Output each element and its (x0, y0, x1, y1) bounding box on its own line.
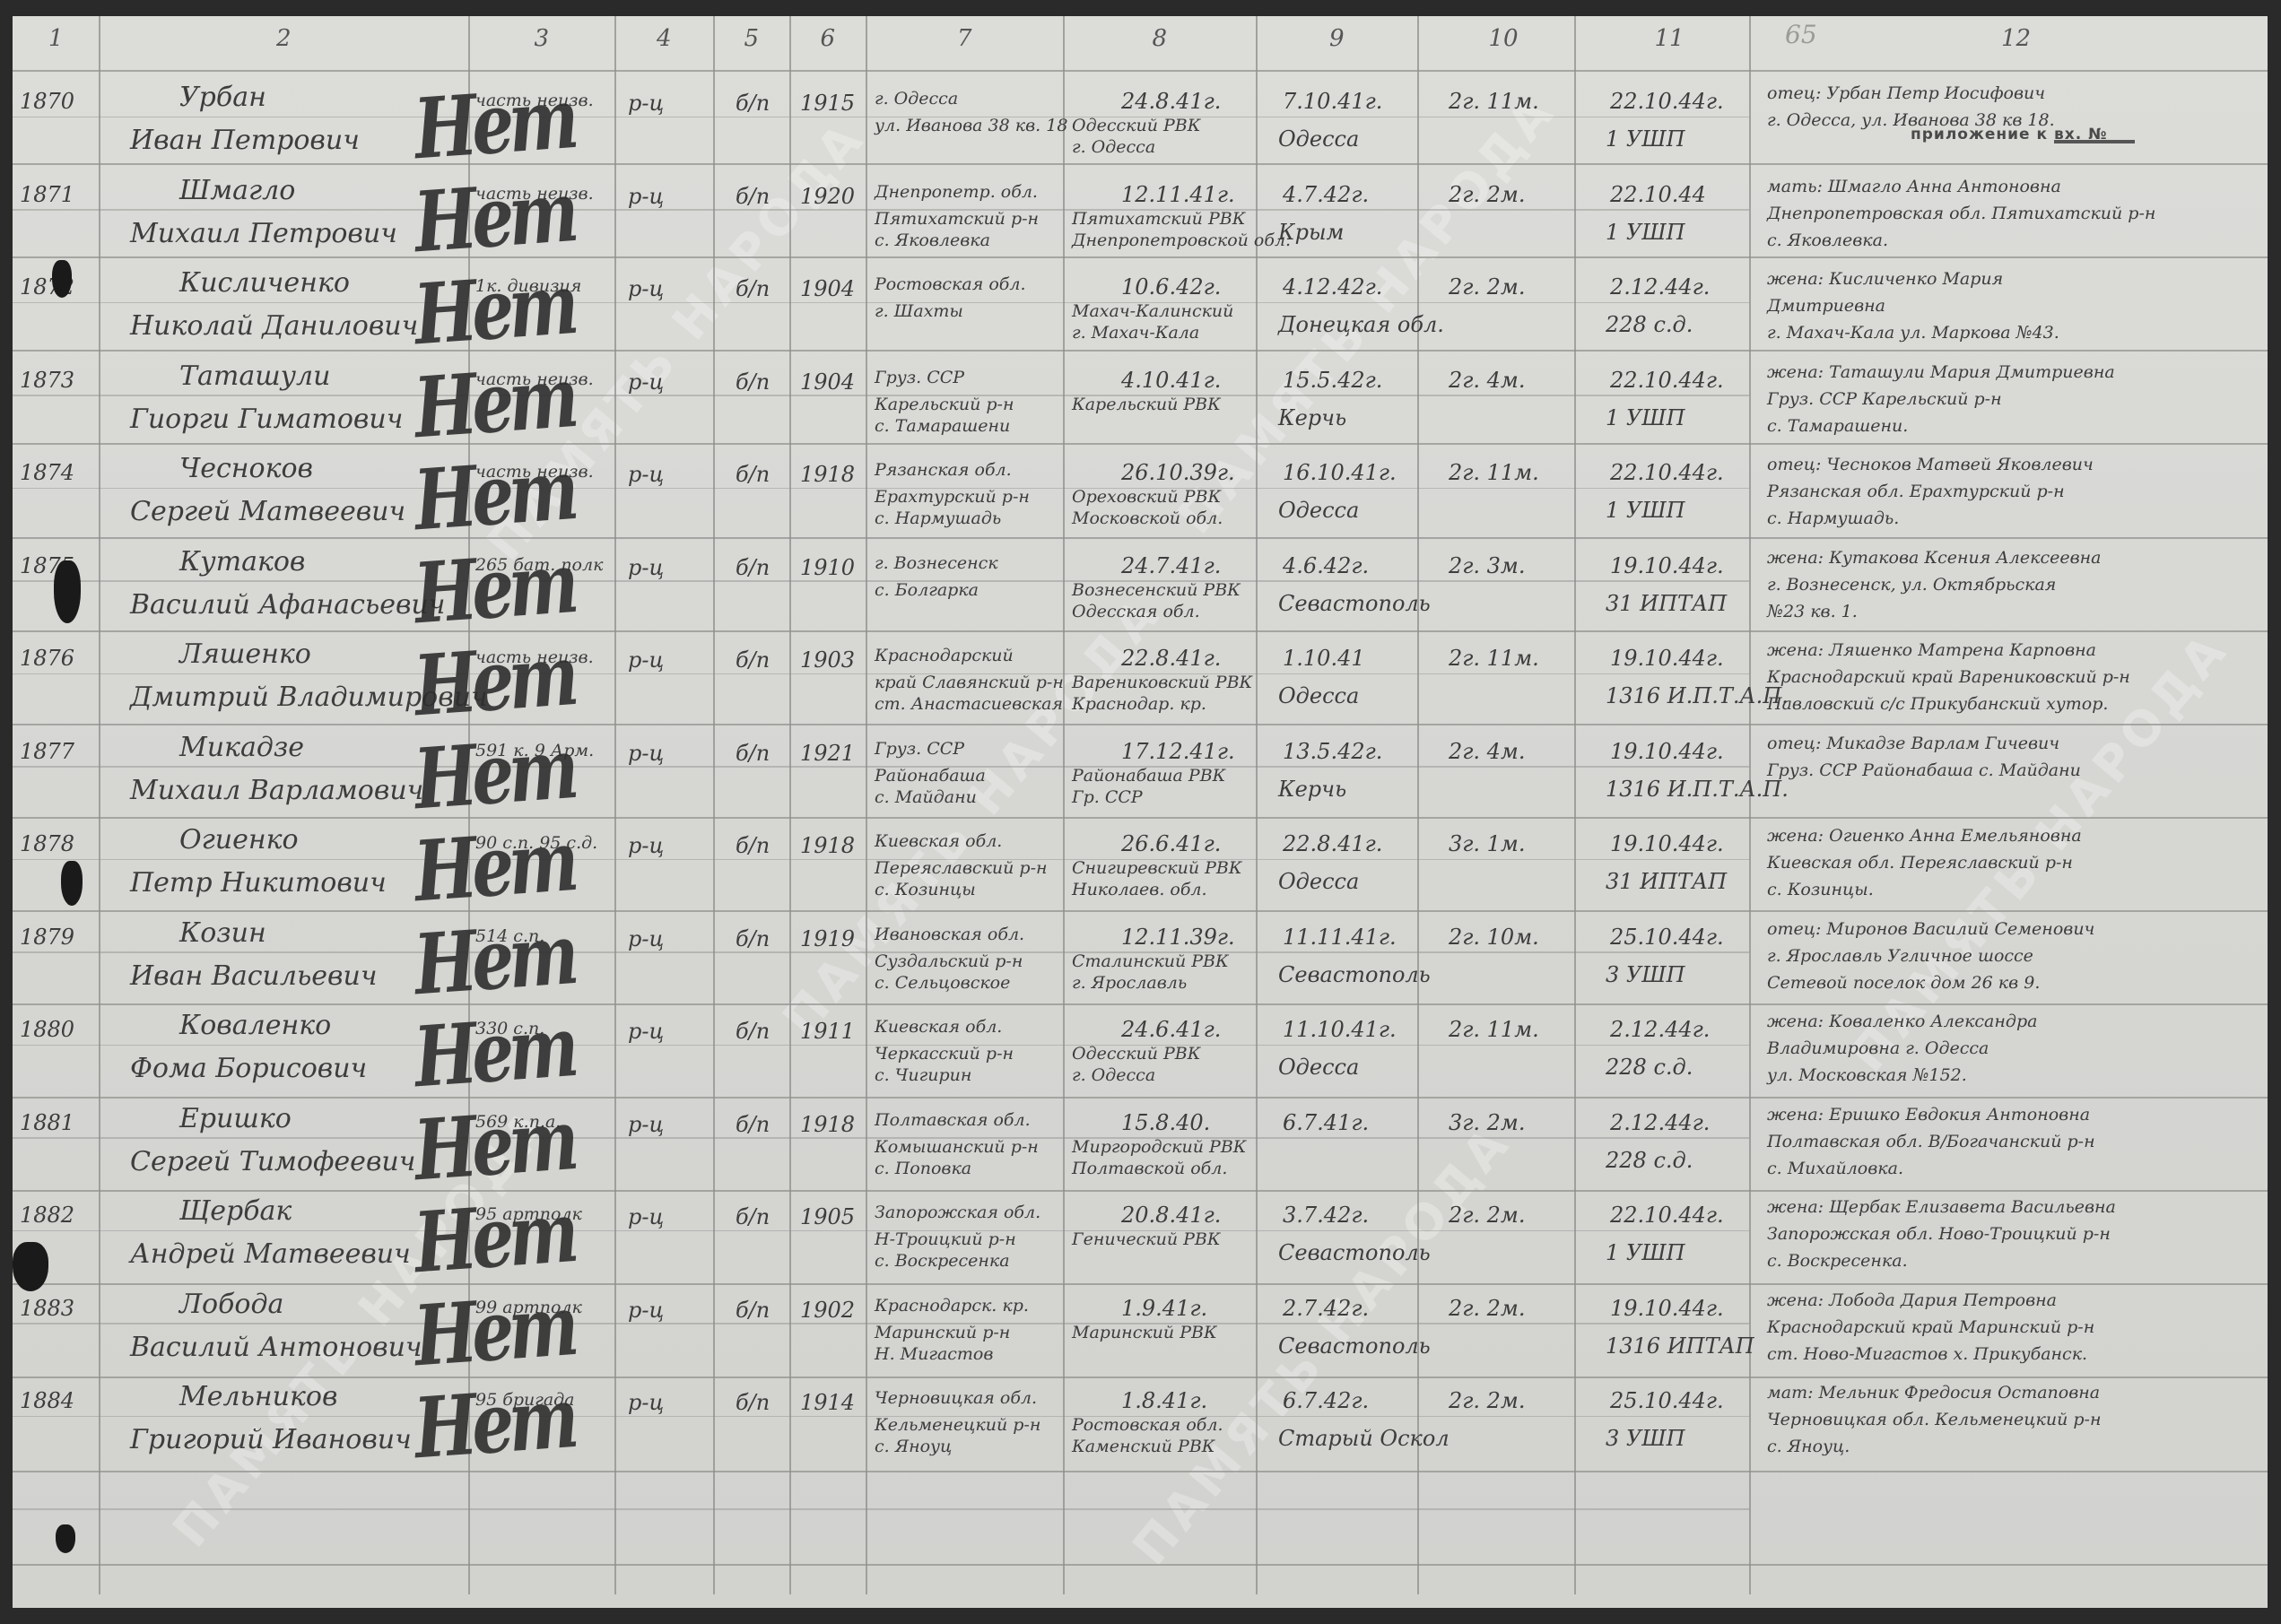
birthplace: Груз. ССР (875, 369, 964, 387)
rank: р-ц (628, 1298, 664, 1322)
record-number: 1874 (20, 461, 74, 484)
nyet-overlay-mark: Нет (411, 164, 576, 272)
event-place: Одесса (1278, 499, 1359, 522)
service-length: 2г. 4м. (1449, 369, 1525, 392)
birthplace: г. Одесса (875, 90, 958, 109)
record-number: 1877 (20, 740, 74, 763)
record-number: 1879 (20, 925, 74, 949)
birthplace: г. Шахты (875, 302, 963, 321)
birthplace: Груз. ССР (875, 740, 964, 759)
service-length: 2г. 2м. (1449, 1389, 1525, 1412)
given-names: Фома Борисович (130, 1054, 367, 1083)
next-of-kin: отец: Микадзе Варлам Гичевич (1767, 734, 2059, 753)
draft-office: Вознесенский РВК (1072, 581, 1241, 600)
nyet-overlay-mark: Нет (411, 721, 576, 829)
party-status: б/п (736, 1298, 770, 1322)
birthplace: Краснодарск. кр. (875, 1297, 1029, 1316)
next-of-kin: жена: Огиенко Анна Емельяновна (1767, 827, 2082, 846)
release-date: 22.10.44г. (1610, 1203, 1724, 1227)
rank: р-ц (628, 277, 664, 300)
event-place: Крым (1278, 221, 1344, 244)
row-rule (13, 443, 2268, 445)
drafted-date: 26.10.39г. (1121, 461, 1235, 484)
event-date: 11.10.41г. (1283, 1018, 1397, 1041)
next-of-kin: отец: Миронов Василий Семенович (1767, 920, 2094, 939)
given-names: Василий Антонович (130, 1333, 422, 1362)
next-of-kin: Краснодарский край Варениковский р-н (1767, 668, 2130, 687)
release-date: 2.12.44г. (1610, 1111, 1710, 1134)
draft-office: Маринский РВК (1072, 1324, 1217, 1342)
record-number: 1873 (20, 369, 74, 392)
drafted-date: 22.8.41г. (1121, 647, 1221, 670)
birthplace: Рязанская обл. (875, 461, 1012, 480)
release-unit: 31 ИПТАП (1606, 592, 1727, 615)
rank: р-ц (628, 1113, 664, 1136)
party-status: б/п (736, 927, 770, 951)
surname: Таташули (179, 361, 330, 391)
release-date: 22.10.44г. (1610, 369, 1724, 392)
draft-office: Пятихатский РВК (1072, 210, 1245, 229)
birth-year: 1919 (800, 927, 855, 951)
row-rule (13, 350, 2268, 352)
party-status: б/п (736, 1205, 770, 1229)
row-rule (13, 1471, 2268, 1472)
column-number: 6 (821, 25, 836, 52)
surname: Шмагло (179, 176, 295, 205)
next-of-kin: мат: Мельник Фредосия Остаповна (1767, 1384, 2100, 1403)
next-of-kin: жена: Еришко Евдокия Антоновна (1767, 1106, 2090, 1125)
birthplace: с. Майдани (875, 788, 977, 807)
event-date: 4.12.42г. (1283, 275, 1382, 299)
next-of-kin: с. Козинцы. (1767, 881, 1874, 899)
nyet-overlay-mark: Нет (411, 1278, 576, 1385)
stamp-underline (2054, 140, 2135, 143)
draft-office: г. Ярославль (1072, 974, 1187, 993)
release-date: 22.10.44 (1610, 183, 1706, 206)
next-of-kin: с. Нармушадь. (1767, 509, 1899, 528)
column-number: 2 (276, 25, 292, 52)
surname: Ляшенко (179, 639, 311, 669)
birthplace: с. Яковлевка (875, 231, 990, 250)
birthplace: с. Воскресенка (875, 1252, 1010, 1271)
event-date: 4.7.42г. (1283, 183, 1369, 206)
event-place: Севастополь (1278, 1241, 1431, 1264)
column-number: 10 (1489, 25, 1519, 52)
release-date: 22.10.44г. (1610, 461, 1724, 484)
record-number: 1884 (20, 1389, 74, 1412)
birth-year: 1902 (800, 1298, 855, 1322)
birthplace: Ерахтурский р-н (875, 488, 1030, 507)
column-number: 9 (1329, 25, 1345, 52)
next-of-kin: ст. Ново-Мигастов х. Прикубанск. (1767, 1345, 2087, 1364)
record-number: 1876 (20, 647, 74, 670)
next-of-kin: жена: Коваленко Александра (1767, 1012, 2037, 1031)
event-place: Керчь (1278, 406, 1346, 430)
punch-hole (56, 1524, 75, 1553)
birth-year: 1918 (800, 463, 855, 486)
party-status: б/п (736, 1020, 770, 1043)
rank: р-ц (628, 185, 664, 208)
next-of-kin: Павловский с/с Прикубанский хутор. (1767, 695, 2108, 714)
next-of-kin: с. Михайловка. (1767, 1159, 1903, 1178)
draft-office: Ореховский РВК (1072, 488, 1221, 507)
service-length: 2г. 4м. (1449, 740, 1525, 763)
punch-hole (54, 560, 81, 623)
rank: р-ц (628, 91, 664, 115)
drafted-date: 17.12.41г. (1121, 740, 1235, 763)
birthplace: Пятихатский р-н (875, 210, 1039, 229)
birthplace: Комышанский р-н (875, 1138, 1039, 1157)
release-unit: 1 УШП (1606, 127, 1685, 151)
given-names: Григорий Иванович (130, 1425, 412, 1455)
given-names: Сергей Тимофеевич (130, 1147, 415, 1177)
event-date: 2.7.42г. (1283, 1297, 1369, 1320)
release-unit: 1316 И.П.Т.А.П. (1606, 684, 1789, 708)
event-date: 11.11.41г. (1283, 925, 1397, 949)
draft-office: г. Одесса (1072, 138, 1155, 157)
service-length: 2г. 2м. (1449, 275, 1525, 299)
record-number: 1880 (20, 1018, 74, 1041)
rank: р-ц (628, 648, 664, 672)
column-number: 12 (2001, 25, 2031, 52)
birthplace: Черновицкая обл. (875, 1389, 1037, 1408)
release-unit: 228 с.д. (1606, 313, 1693, 336)
event-date: 1.10.41 (1283, 647, 1365, 670)
birthplace: Полтавская обл. (875, 1111, 1031, 1130)
next-of-kin: Дмитриевна (1767, 297, 1885, 316)
surname: Еришко (179, 1104, 292, 1133)
nyet-overlay-mark: Нет (411, 1092, 576, 1200)
punch-hole (61, 861, 83, 906)
subrow-rule (13, 1508, 1749, 1510)
draft-office: Ростовская обл. (1072, 1416, 1223, 1435)
draft-office: Краснодар. кр. (1072, 695, 1206, 714)
birthplace: Карельский р-н (875, 395, 1014, 414)
birthplace: Н. Мигастов (875, 1345, 993, 1364)
birthplace: с. Поповка (875, 1159, 971, 1178)
birth-year: 1918 (800, 834, 855, 857)
draft-office: Одесская обл. (1072, 603, 1200, 621)
birth-year: 1904 (800, 277, 855, 300)
next-of-kin: Черновицкая обл. Кельменецкий р-н (1767, 1411, 2101, 1429)
event-place: Одесса (1278, 127, 1359, 151)
column-number: 5 (744, 25, 760, 52)
row-rule (13, 1190, 2268, 1192)
column-rule (866, 16, 867, 1594)
nyet-overlay-mark: Нет (411, 907, 576, 1014)
party-status: б/п (736, 648, 770, 672)
draft-office: Махач-Калинский (1072, 302, 1233, 321)
service-length: 2г. 3м. (1449, 554, 1525, 578)
next-of-kin: г. Махач-Кала ул. Маркова №43. (1767, 324, 2059, 343)
nyet-overlay-mark: Нет (411, 71, 576, 178)
given-names: Гиорги Гиматович (130, 404, 403, 434)
release-date: 25.10.44г. (1610, 925, 1724, 949)
next-of-kin: Полтавская обл. В/Богачанский р-н (1767, 1133, 2095, 1151)
row-rule (13, 1564, 2268, 1566)
surname: Щербак (179, 1196, 292, 1226)
party-status: б/п (736, 370, 770, 394)
birthplace: Ростовская обл. (875, 275, 1026, 294)
next-of-kin: жена: Ляшенко Матрена Карповна (1767, 641, 2096, 660)
page-marker: 65 (1785, 20, 1817, 49)
draft-office: Каменский РВК (1072, 1437, 1215, 1456)
drafted-date: 24.6.41г. (1121, 1018, 1221, 1041)
surname: Огиенко (179, 825, 299, 855)
party-status: б/п (736, 463, 770, 486)
service-length: 3г. 1м. (1449, 832, 1525, 855)
row-rule (13, 817, 2268, 819)
nyet-overlay-mark: Нет (411, 999, 576, 1107)
given-names: Сергей Матвеевич (130, 497, 405, 526)
release-date: 19.10.44г. (1610, 554, 1724, 578)
column-rule (713, 16, 715, 1594)
service-length: 2г. 11м. (1449, 90, 1539, 113)
party-status: б/п (736, 185, 770, 208)
given-names: Иван Васильевич (130, 961, 378, 991)
event-place: Старый Оскол (1278, 1427, 1450, 1450)
event-place: Одесса (1278, 1055, 1359, 1079)
next-of-kin: мать: Шмагло Анна Антоновна (1767, 178, 2061, 196)
rank: р-ц (628, 1391, 664, 1414)
row-rule (13, 256, 2268, 258)
service-length: 2г. 10м. (1449, 925, 1539, 949)
surname: Урбан (179, 83, 266, 112)
draft-office: Одесский РВК (1072, 117, 1200, 135)
party-status: б/п (736, 742, 770, 765)
birthplace: Маринский р-н (875, 1324, 1010, 1342)
row-rule (13, 630, 2268, 632)
draft-office: Сталинский РВК (1072, 952, 1229, 971)
column-number: 8 (1153, 25, 1168, 52)
birthplace: Запорожская обл. (875, 1203, 1040, 1222)
rank: р-ц (628, 742, 664, 765)
next-of-kin: г. Вознесенск, ул. Октябрьская (1767, 576, 2056, 595)
birth-year: 1920 (800, 185, 855, 208)
rank: р-ц (628, 370, 664, 394)
nyet-overlay-mark: Нет (411, 1370, 576, 1478)
row-rule (13, 1283, 2268, 1285)
row-rule (13, 910, 2268, 912)
surname: Микадзе (179, 733, 304, 762)
surname: Лобода (179, 1290, 283, 1319)
row-rule (13, 1376, 2268, 1378)
column-rule (99, 16, 100, 1594)
birthplace: край Славянский р-н (875, 673, 1064, 692)
draft-office: Варениковский РВК (1072, 673, 1252, 692)
release-unit: 1 УШП (1606, 1241, 1685, 1264)
event-place: Севастополь (1278, 1334, 1431, 1358)
birthplace: с. Чигирин (875, 1066, 971, 1085)
next-of-kin: отец: Урбан Петр Иосифович (1767, 84, 2045, 103)
rank: р-ц (628, 927, 664, 951)
birthplace: с. Нармушадь (875, 509, 1001, 528)
nyet-overlay-mark: Нет (411, 628, 576, 735)
record-number: 1882 (20, 1203, 74, 1227)
service-length: 2г. 11м. (1449, 1018, 1539, 1041)
nyet-overlay-mark: Нет (411, 813, 576, 921)
birth-year: 1914 (800, 1391, 855, 1414)
release-unit: 3 УШП (1606, 1427, 1685, 1450)
row-rule (13, 163, 2268, 165)
birthplace: Н-Троицкий р-н (875, 1230, 1016, 1249)
column-rule (614, 16, 616, 1594)
event-place: Донецкая обл. (1278, 313, 1444, 336)
rank: р-ц (628, 1020, 664, 1043)
event-date: 13.5.42г. (1283, 740, 1382, 763)
birth-year: 1905 (800, 1205, 855, 1229)
party-status: б/п (736, 556, 770, 579)
drafted-date: 26.6.41г. (1121, 832, 1221, 855)
draft-office: Одесский РВК (1072, 1045, 1200, 1064)
next-of-kin: жена: Лобода Дария Петровна (1767, 1291, 2057, 1310)
birthplace: ул. Иванова 38 кв. 18 (875, 117, 1067, 135)
birthplace: Суздальский р-н (875, 952, 1023, 971)
given-names: Петр Никитович (130, 868, 387, 898)
event-place: Одесса (1278, 684, 1359, 708)
nyet-overlay-mark: Нет (411, 535, 576, 643)
surname: Чесноков (179, 454, 313, 483)
draft-office: Генический РВК (1072, 1230, 1221, 1249)
drafted-date: 1.8.41г. (1121, 1389, 1207, 1412)
draft-office: Миргородский РВК (1072, 1138, 1247, 1157)
next-of-kin: Груз. ССР Районабаша с. Майдани (1767, 761, 2081, 780)
surname: Козин (179, 918, 266, 948)
given-names: Василий Афанасьевич (130, 590, 445, 620)
birthplace: Переяславский р-н (875, 859, 1048, 878)
release-unit: 1 УШП (1606, 499, 1685, 522)
given-names: Андрей Матвеевич (130, 1239, 411, 1269)
next-of-kin: жена: Кисличенко Мария (1767, 270, 2003, 289)
next-of-kin: Краснодарский край Маринский р-н (1767, 1318, 2094, 1337)
release-unit: 228 с.д. (1606, 1055, 1693, 1079)
next-of-kin: жена: Таташули Мария Дмитриевна (1767, 363, 2115, 382)
next-of-kin: Киевская обл. Переяславский р-н (1767, 854, 2073, 873)
column-rule (1574, 16, 1576, 1594)
birthplace: Днепропетр. обл. (875, 183, 1038, 202)
birthplace: Районабаша (875, 767, 986, 786)
draft-office: г. Махач-Кала (1072, 324, 1199, 343)
event-date: 4.6.42г. (1283, 554, 1369, 578)
event-place: Одесса (1278, 870, 1359, 893)
service-length: 3г. 2м. (1449, 1111, 1525, 1134)
draft-office: Гр. ССР (1072, 788, 1143, 807)
next-of-kin: ул. Московская №152. (1767, 1066, 1967, 1085)
birthplace: Краснодарский (875, 647, 1014, 665)
drafted-date: 24.7.41г. (1121, 554, 1221, 578)
record-number: 1878 (20, 832, 74, 855)
party-status: б/п (736, 834, 770, 857)
nyet-overlay-mark: Нет (411, 1185, 576, 1292)
next-of-kin: отец: Чесноков Матвей Яковлевич (1767, 456, 2094, 474)
release-unit: 1316 И.П.Т.А.П. (1606, 777, 1789, 801)
event-date: 6.7.41г. (1283, 1111, 1369, 1134)
nyet-overlay-mark: Нет (411, 256, 576, 364)
release-unit: 3 УШП (1606, 963, 1685, 986)
next-of-kin: жена: Щербак Елизавета Васильевна (1767, 1198, 2116, 1217)
party-status: б/п (736, 1113, 770, 1136)
birthplace: с. Козинцы (875, 881, 976, 899)
next-of-kin: с. Тамарашени. (1767, 417, 1908, 436)
column-number: 3 (535, 25, 550, 52)
given-names: Михаил Петрович (130, 219, 397, 248)
drafted-date: 20.8.41г. (1121, 1203, 1221, 1227)
drafted-date: 4.10.41г. (1121, 369, 1221, 392)
release-date: 19.10.44г. (1610, 832, 1724, 855)
birthplace: г. Вознесенск (875, 554, 998, 573)
drafted-date: 12.11.39г. (1121, 925, 1235, 949)
next-of-kin: Днепропетровская обл. Пятихатский р-н (1767, 204, 2155, 223)
next-of-kin: жена: Кутакова Ксения Алексеевна (1767, 549, 2101, 568)
given-names: Иван Петрович (130, 126, 360, 155)
birthplace: Киевская обл. (875, 832, 1002, 851)
service-length: 2г. 11м. (1449, 461, 1539, 484)
next-of-kin: с. Яковлевка. (1767, 231, 1888, 250)
record-number: 1871 (20, 183, 74, 206)
event-date: 3.7.42г. (1283, 1203, 1369, 1227)
surname: Коваленко (179, 1011, 331, 1040)
birthplace: Ивановская обл. (875, 925, 1024, 944)
event-place: Керчь (1278, 777, 1346, 801)
release-date: 25.10.44г. (1610, 1389, 1724, 1412)
service-length: 2г. 2м. (1449, 1203, 1525, 1227)
event-date: 16.10.41г. (1283, 461, 1397, 484)
event-date: 22.8.41г. (1283, 832, 1382, 855)
column-number: 4 (657, 25, 672, 52)
draft-office: Районабаша РВК (1072, 767, 1225, 786)
surname: Кутаков (179, 547, 305, 577)
next-of-kin: Владимировна г. Одесса (1767, 1039, 1989, 1058)
row-rule (13, 537, 2268, 539)
surname: Мельников (179, 1382, 337, 1411)
birth-year: 1918 (800, 1113, 855, 1136)
birthplace: с. Сельцовское (875, 974, 1010, 993)
service-length: 2г. 2м. (1449, 183, 1525, 206)
rank: р-ц (628, 463, 664, 486)
birth-year: 1910 (800, 556, 855, 579)
birthplace: Киевская обл. (875, 1018, 1002, 1037)
party-status: б/п (736, 277, 770, 300)
punch-hole (13, 1242, 48, 1291)
release-unit: 1 УШП (1606, 406, 1685, 430)
service-length: 2г. 2м. (1449, 1297, 1525, 1320)
given-names: Михаил Варламович (130, 776, 423, 805)
drafted-date: 24.8.41г. (1121, 90, 1221, 113)
draft-office: Карельский РВК (1072, 395, 1221, 414)
column-rule (789, 16, 791, 1594)
next-of-kin: г. Ярославль Угличное шоссе (1767, 947, 2033, 966)
release-date: 2.12.44г. (1610, 275, 1710, 299)
release-date: 19.10.44г. (1610, 740, 1724, 763)
birth-year: 1903 (800, 648, 855, 672)
given-names: Николай Данилович (130, 311, 418, 341)
next-of-kin: №23 кв. 1. (1767, 603, 1858, 621)
birthplace: Черкасский р-н (875, 1045, 1014, 1064)
draft-office: Николаев. обл. (1072, 881, 1207, 899)
draft-office: Полтавской обл. (1072, 1159, 1227, 1178)
draft-office: Московской обл. (1072, 509, 1223, 528)
release-date: 19.10.44г. (1610, 1297, 1724, 1320)
row-rule (13, 724, 2268, 725)
release-unit: 1316 ИПТАП (1606, 1334, 1754, 1358)
birth-year: 1921 (800, 742, 855, 765)
surname: Кисличенко (179, 268, 350, 298)
drafted-date: 1.9.41г. (1121, 1297, 1207, 1320)
draft-office: г. Одесса (1072, 1066, 1155, 1085)
nyet-overlay-mark: Нет (411, 442, 576, 550)
birthplace: с. Яноуц (875, 1437, 952, 1456)
document-sheet: ПАМЯТЬ НАРОДА ПАМЯТЬ НАРОДА ПАМЯТЬ НАРОД… (13, 16, 2268, 1608)
